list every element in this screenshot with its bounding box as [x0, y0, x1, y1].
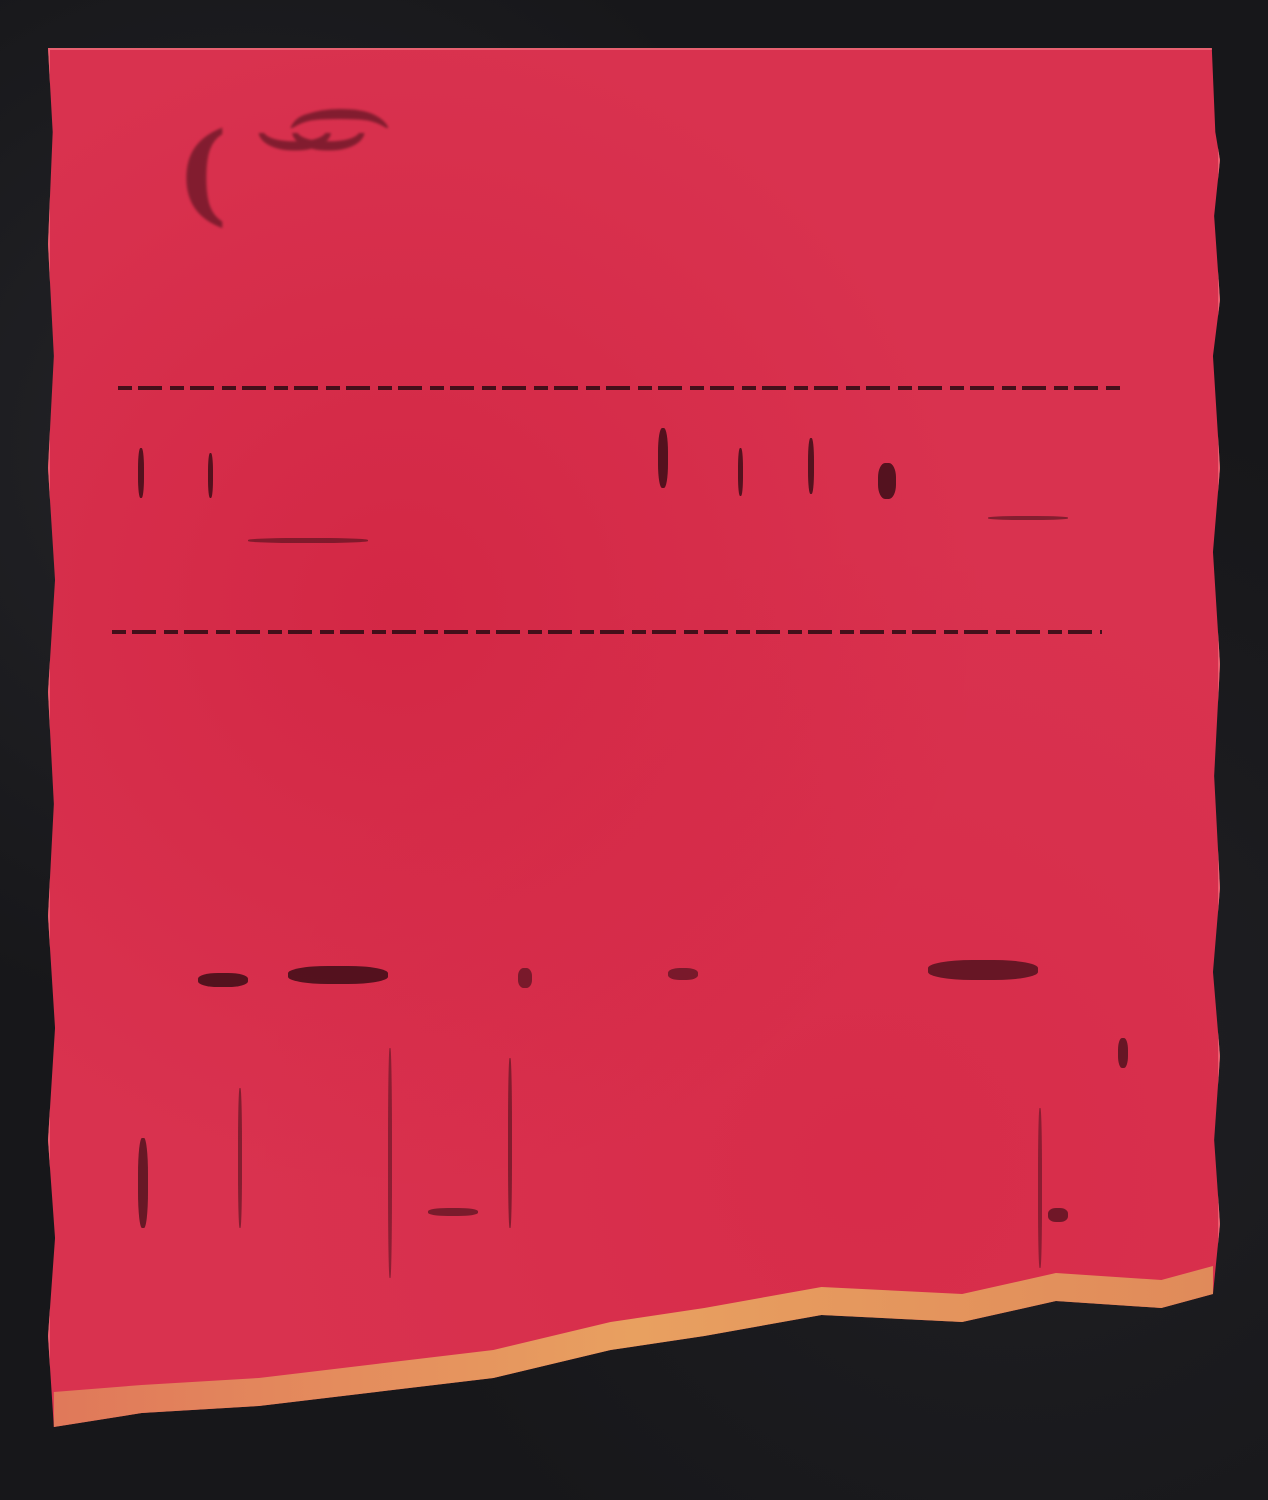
ink-mark [1118, 1038, 1128, 1068]
ink-mark [1038, 1108, 1042, 1268]
ink-mark [388, 1048, 392, 1278]
ink-mark [288, 966, 388, 984]
ink-mark [808, 438, 814, 494]
ink-mark [668, 968, 698, 980]
faded-handwriting-top: ( ͝ ͝ ͡ [176, 108, 345, 238]
ink-mark [928, 960, 1038, 980]
red-ticket: ( ͝ ͝ ͡ [48, 48, 1220, 1448]
printed-rule-top [118, 386, 1125, 390]
ink-mark [138, 1138, 148, 1228]
ink-mark [208, 453, 213, 498]
ink-mark [248, 538, 368, 543]
printed-rule-bottom [112, 630, 1102, 634]
ink-mark [428, 1208, 478, 1216]
ink-mark [138, 448, 144, 498]
ink-mark [508, 1058, 512, 1228]
ink-mark [878, 463, 896, 499]
ink-mark [238, 1088, 242, 1228]
ink-mark [198, 973, 248, 987]
ink-mark [658, 428, 668, 488]
ink-mark [518, 968, 532, 988]
ink-mark [1048, 1208, 1068, 1222]
ink-mark [738, 448, 743, 496]
ink-mark [988, 516, 1068, 520]
